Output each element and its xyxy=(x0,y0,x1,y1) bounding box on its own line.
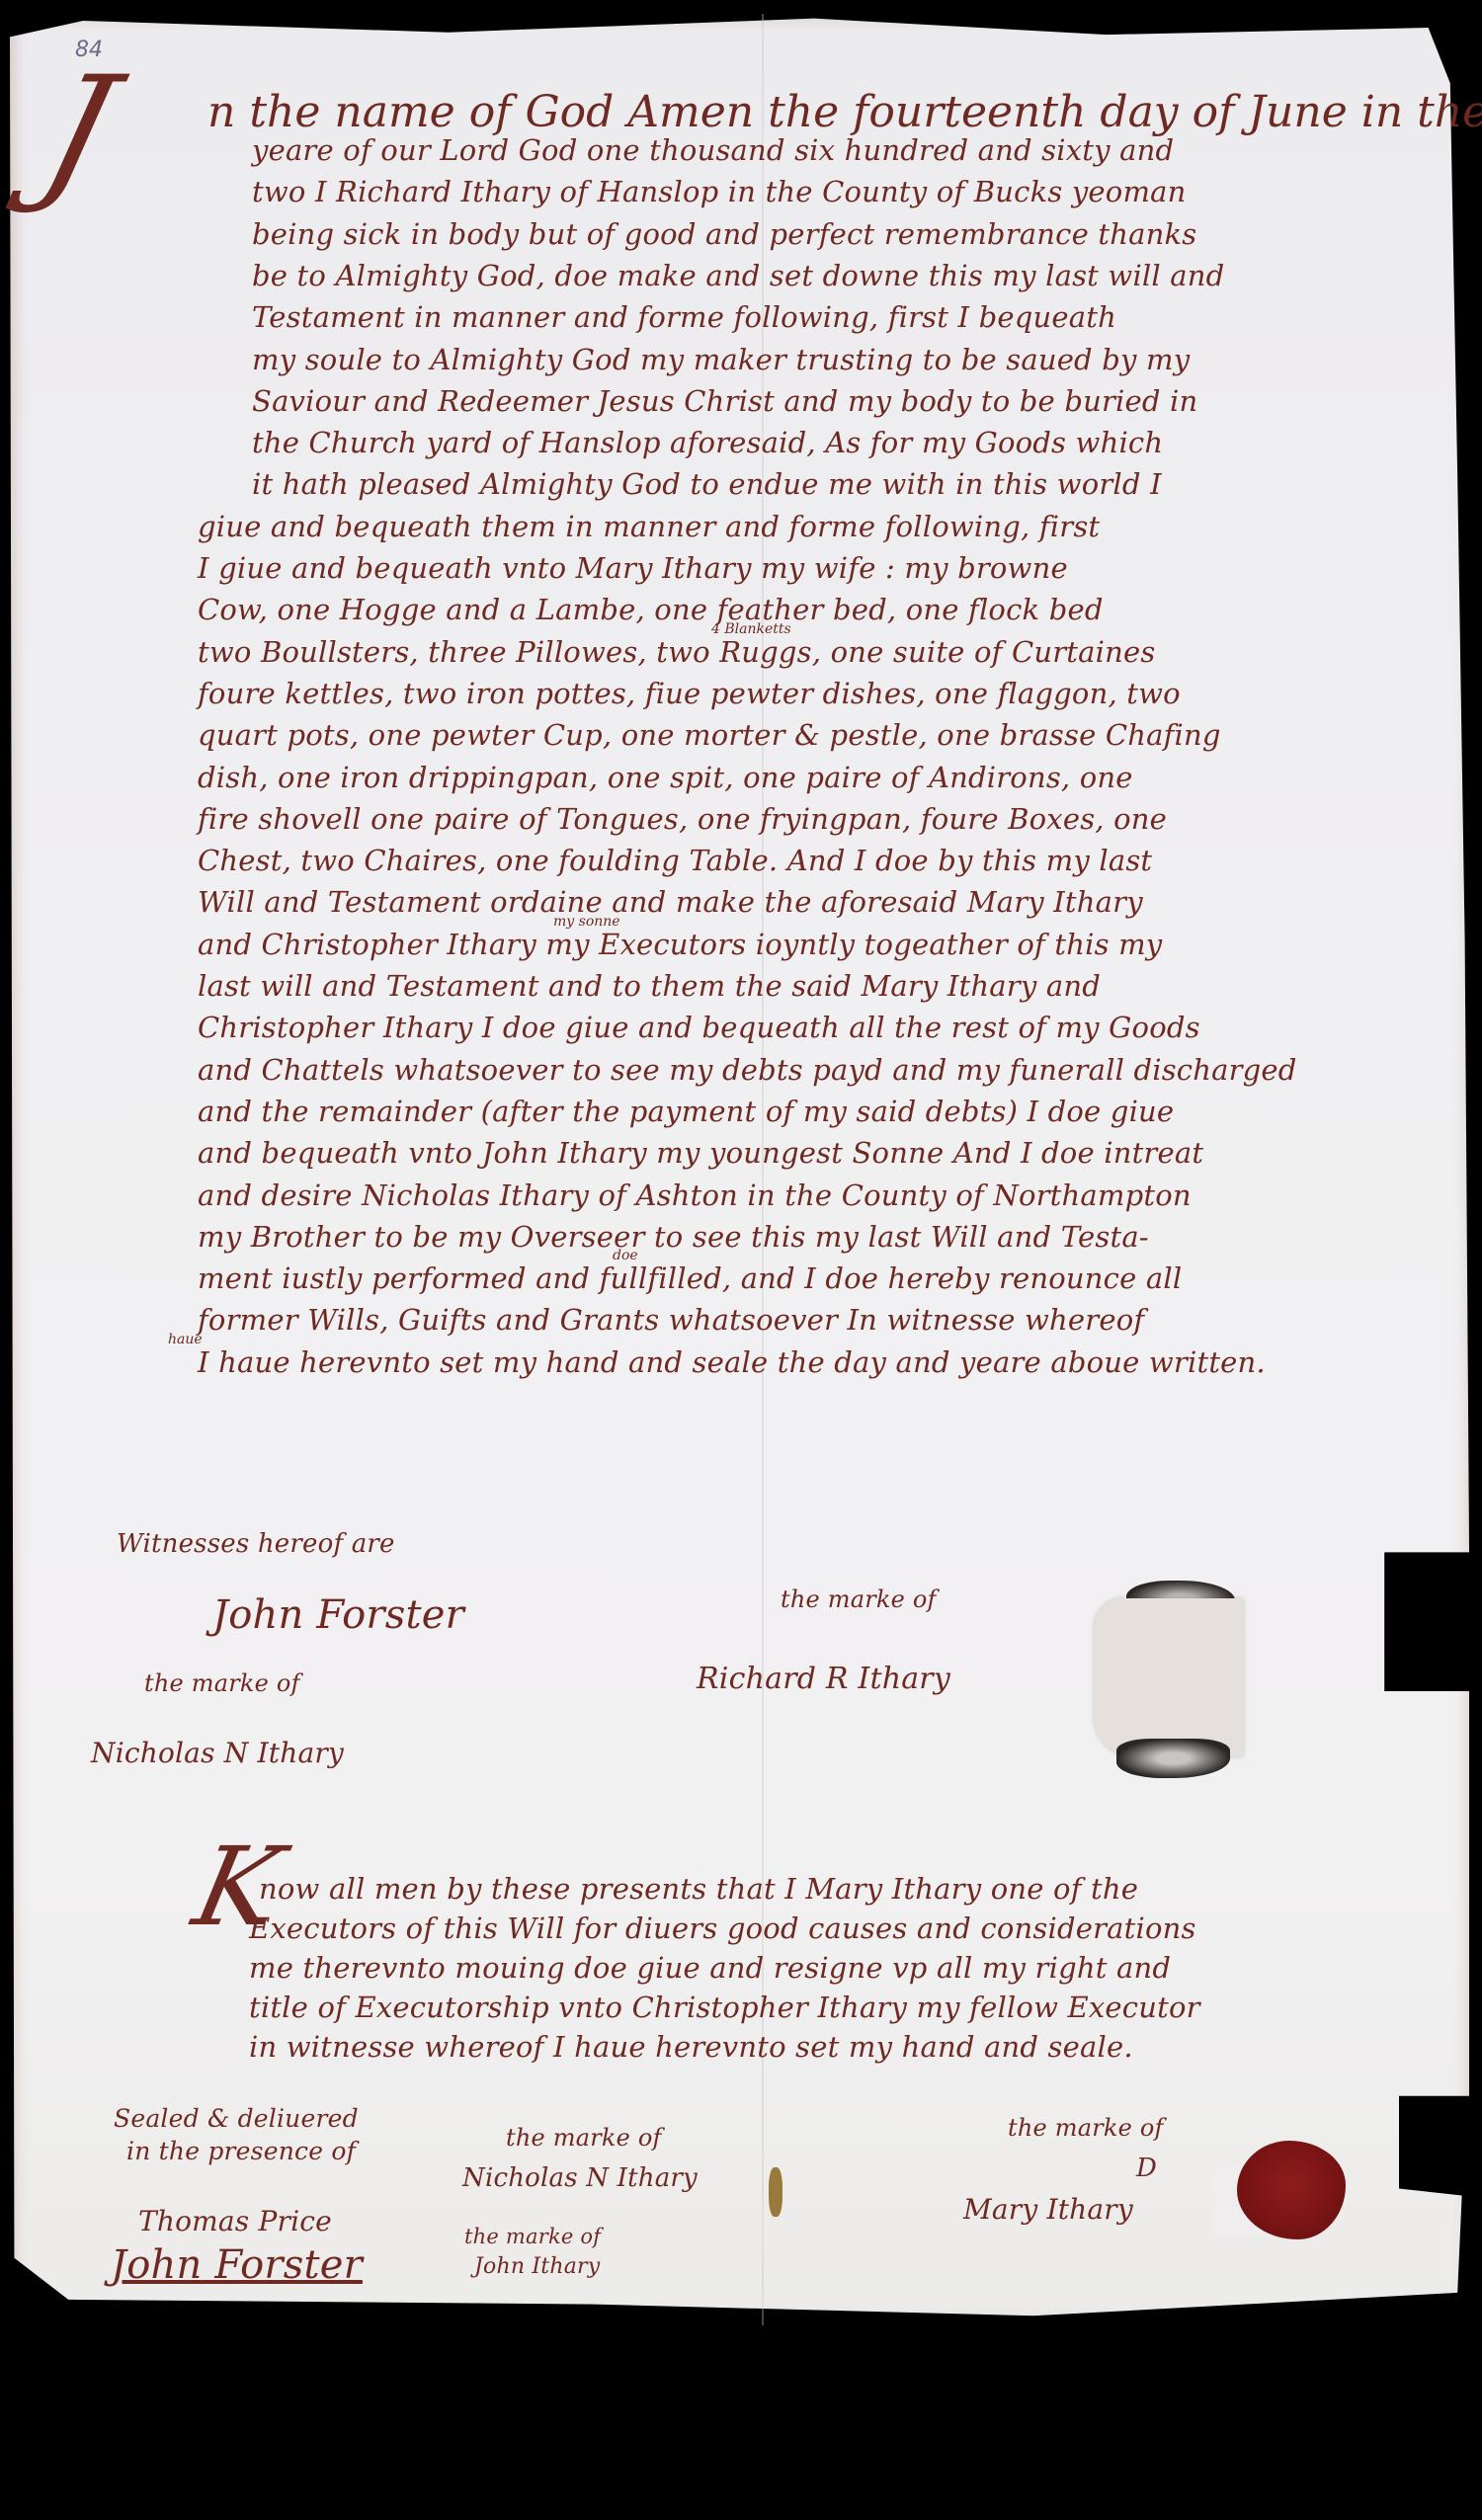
interlineation: 4 Blanketts xyxy=(711,621,791,637)
will-line: and bequeath vnto John Ithary my younges… xyxy=(198,1136,1203,1170)
witnesses-heading: Witnesses hereof are xyxy=(117,1529,395,1559)
mary-mark-label: the marke of xyxy=(1008,2114,1164,2142)
will-line: Chest, two Chaires, one foulding Table. … xyxy=(198,844,1152,877)
will-line: Testament in manner and forme following,… xyxy=(252,300,1116,334)
will-line: be to Almighty God, doe make and set dow… xyxy=(252,259,1224,292)
will-line: foure kettles, two iron pottes, fiue pew… xyxy=(198,677,1181,710)
will-line: last will and Testament and to them the … xyxy=(198,969,1101,1003)
will-line: and the remainder (after the payment of … xyxy=(198,1095,1174,1128)
witness-mark-label: the marke of xyxy=(144,1669,300,1697)
nicholas-mark-signature: Nicholas N Ithary xyxy=(462,2163,698,2193)
sealed-delivered-label: Sealed & deliuered xyxy=(114,2104,359,2133)
will-line: and Christopher Ithary my Executors ioyn… xyxy=(198,928,1162,961)
nicholas-mark-label: the marke of xyxy=(506,2124,662,2152)
will-line: Saviour and Redeemer Jesus Christ and my… xyxy=(252,384,1197,418)
seal-paper-patch xyxy=(1095,1598,1243,1756)
john-mark-label: the marke of xyxy=(464,2225,601,2248)
mary-mark-glyph: D xyxy=(1136,2154,1157,2183)
will-line: it hath pleased Almighty God to endue me… xyxy=(252,467,1162,501)
interlineation: my sonne xyxy=(553,914,620,930)
renunciation-line: now all men by these presents that I Mar… xyxy=(259,1872,1138,1906)
witness-mark-nicholas-ithary: Nicholas N Ithary xyxy=(91,1737,344,1769)
will-line: ment iustly performed and fullfilled, an… xyxy=(198,1261,1182,1295)
will-line: my soule to Almighty God my maker trusti… xyxy=(252,343,1190,376)
will-line: my Brother to be my Overseer to see this… xyxy=(198,1220,1149,1254)
john-ithary-mark: John Ithary xyxy=(474,2254,600,2279)
will-line: and desire Nicholas Ithary of Ashton in … xyxy=(198,1179,1192,1212)
testator-mark-richard-ithary: Richard R Ithary xyxy=(697,1662,950,1696)
mary-ithary-mark: Mary Ithary xyxy=(963,2193,1133,2226)
will-line: Will and Testament ordaine and make the … xyxy=(198,885,1143,919)
will-line: the Church yard of Hanslop aforesaid, As… xyxy=(252,426,1163,459)
will-line: giue and bequeath them in manner and for… xyxy=(198,510,1100,543)
renunciation-line: title of Executorship vnto Christopher I… xyxy=(249,1991,1200,2024)
in-presence-of-label: in the presence of xyxy=(126,2137,356,2165)
will-line: two I Richard Ithary of Hanslop in the C… xyxy=(252,175,1187,208)
will-line: I giue and bequeath vnto Mary Ithary my … xyxy=(198,551,1068,585)
renunciation-line: Executors of this Will for diuers good c… xyxy=(249,1911,1196,1945)
renunciation-line: me therevnto mouing doe giue and resigne… xyxy=(249,1951,1171,1985)
witness-signature-john-forster: John Forster xyxy=(212,1592,464,1638)
will-line: being sick in body but of good and perfe… xyxy=(252,217,1196,251)
thomas-price-signature: Thomas Price xyxy=(138,2205,332,2237)
will-line: Christopher Ithary I doe giue and bequea… xyxy=(198,1011,1200,1044)
interlineation: haue xyxy=(168,1332,203,1347)
will-line: fire shovell one paire of Tongues, one f… xyxy=(198,802,1167,836)
paper-stain xyxy=(769,2167,782,2217)
will-line: I haue herevnto set my hand and seale th… xyxy=(198,1345,1266,1379)
will-line: yeare of our Lord God one thousand six h… xyxy=(252,133,1174,167)
will-line: quart pots, one pewter Cup, one morter &… xyxy=(198,718,1221,752)
john-forster-signature: John Forster xyxy=(111,2242,363,2288)
will-line: Cow, one Hogge and a Lambe, one feather … xyxy=(198,593,1104,626)
testator-mark-label: the marke of xyxy=(781,1585,937,1613)
seal-remnant-bottom xyxy=(1116,1739,1230,1778)
will-line: dish, one iron drippingpan, one spit, on… xyxy=(198,761,1133,794)
will-opening-line: n the name of God Amen the fourteenth da… xyxy=(207,87,1482,137)
will-line: two Boullsters, three Pillowes, two Rugg… xyxy=(198,635,1155,669)
renunciation-line: in witnesse whereof I haue herevnto set … xyxy=(249,2030,1133,2064)
will-line: and Chattels whatsoever to see my debts … xyxy=(198,1053,1297,1087)
interlineation: doe xyxy=(613,1248,638,1263)
will-line: former Wills, Guifts and Grants whatsoev… xyxy=(198,1303,1144,1337)
